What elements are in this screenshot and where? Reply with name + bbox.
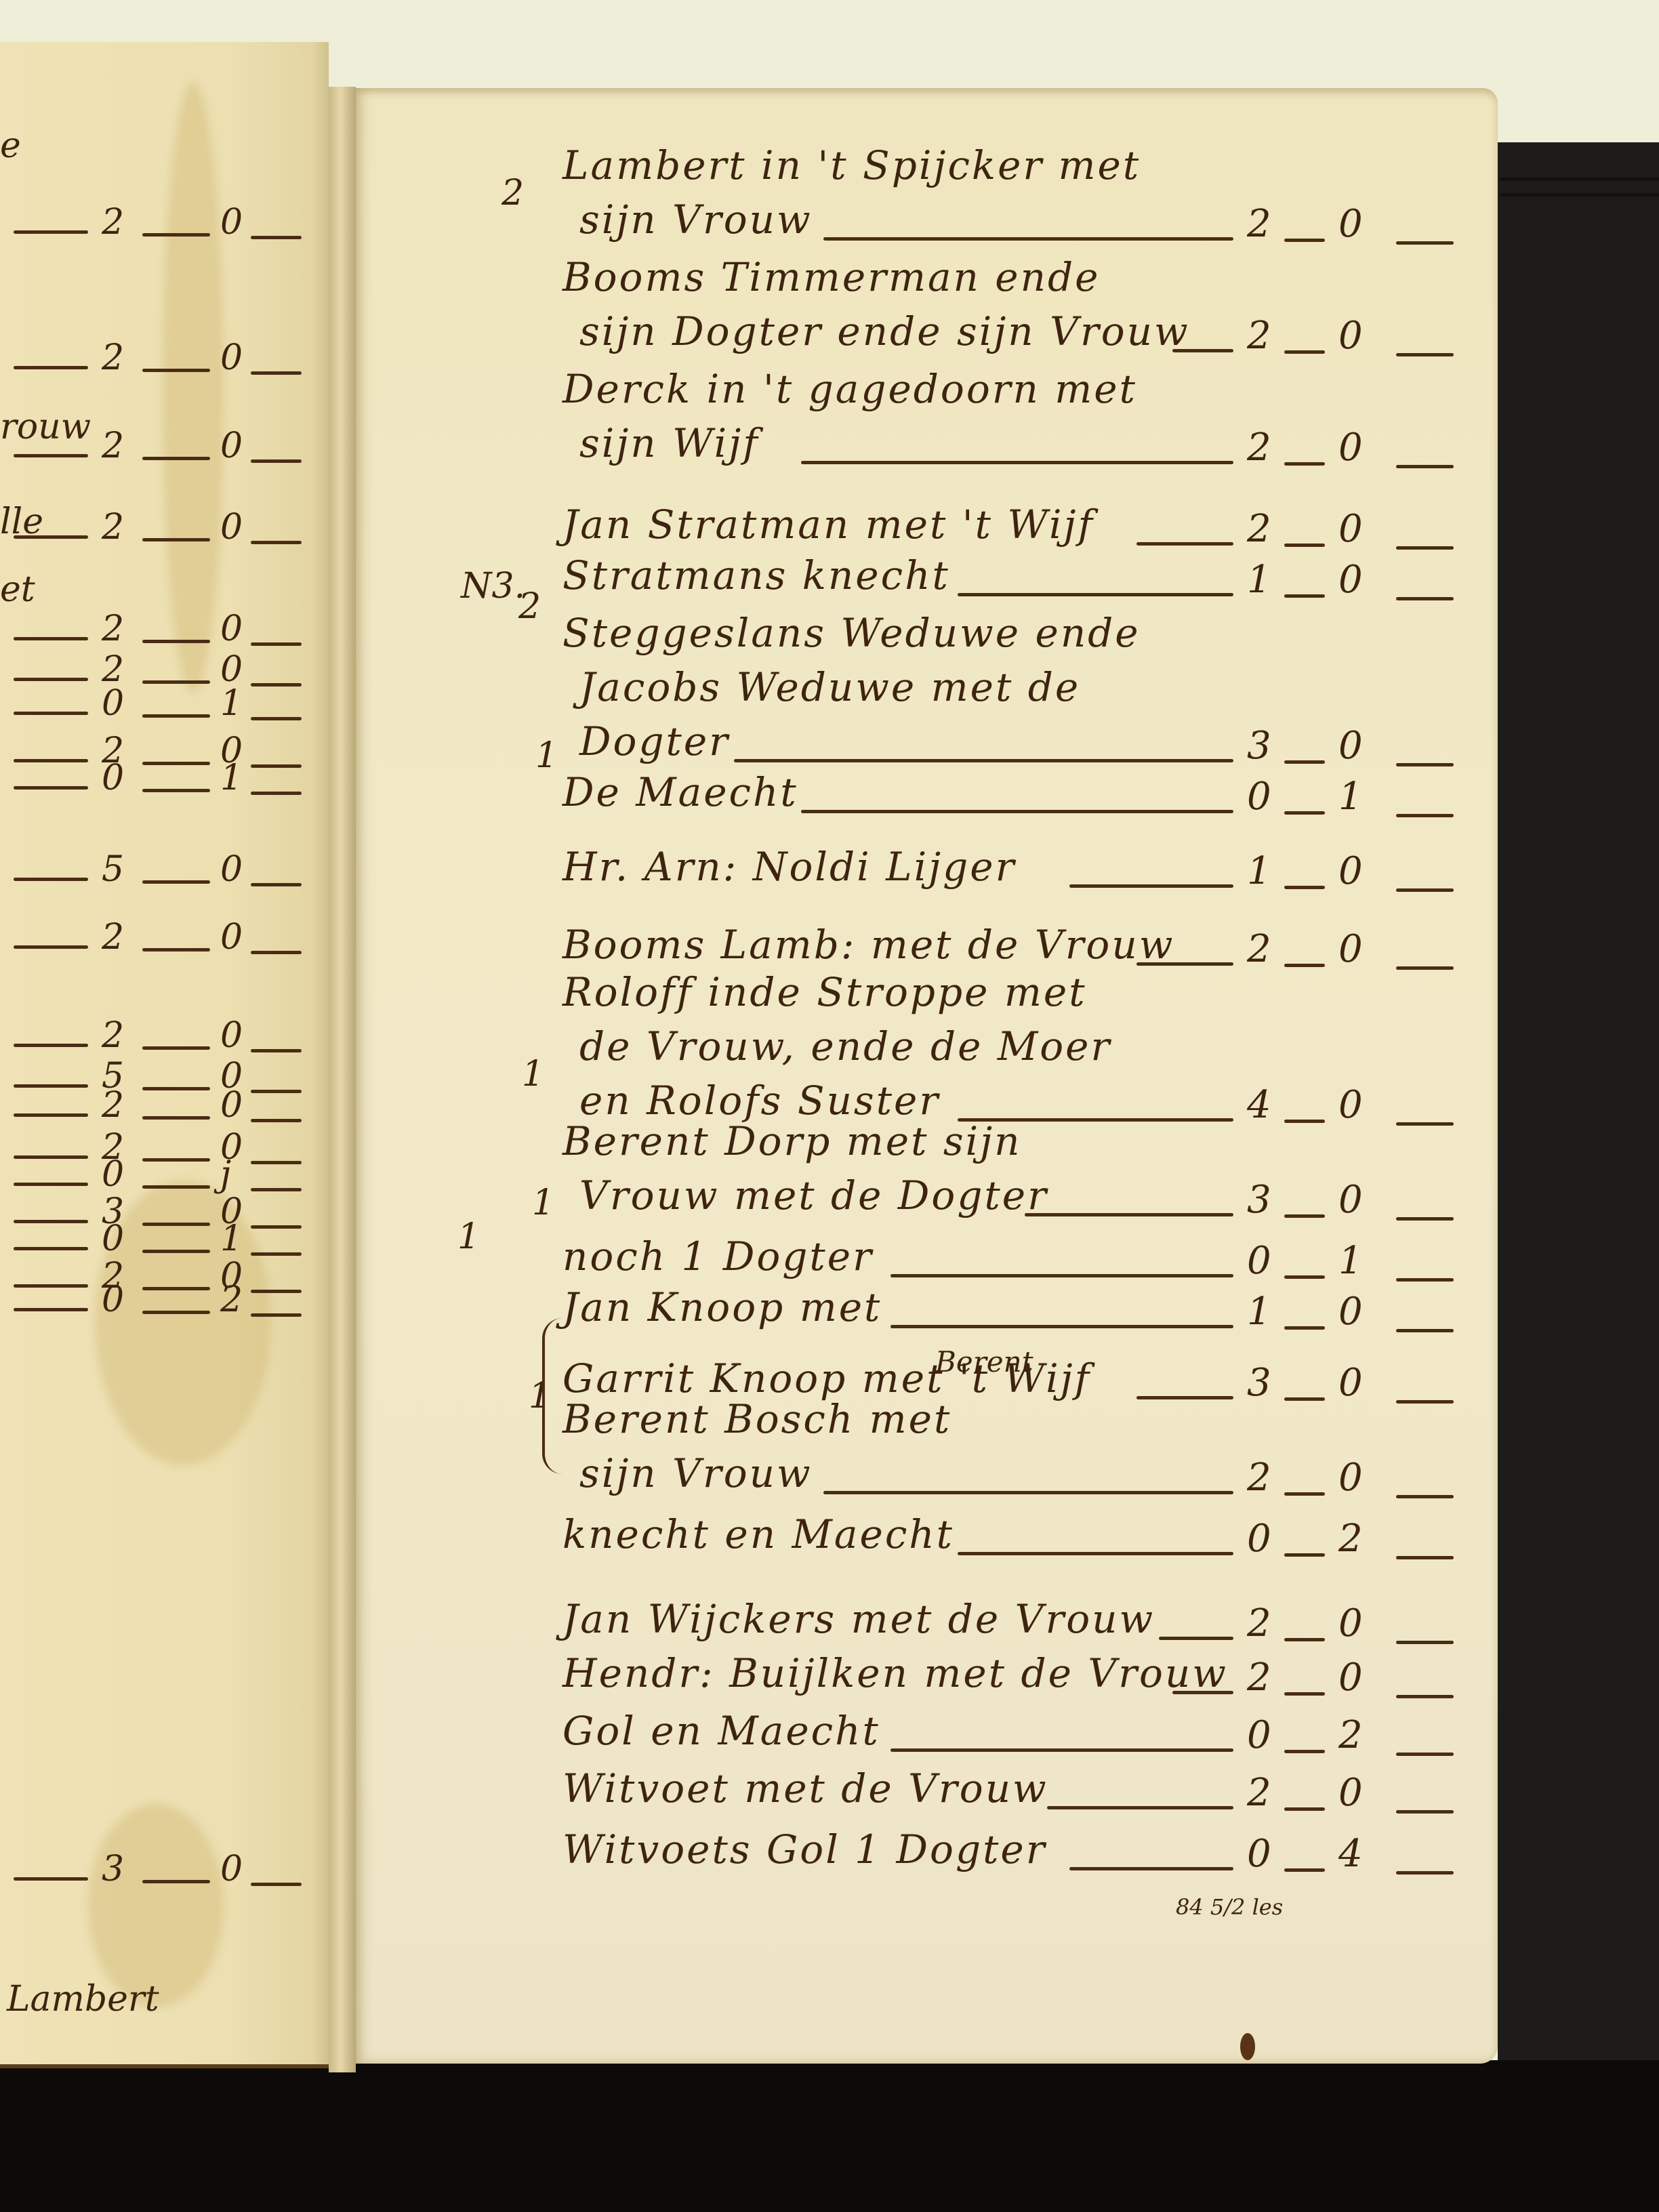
register-entry: De Maecht01 bbox=[0, 769, 1659, 823]
leader-line bbox=[1284, 886, 1325, 889]
leader-line bbox=[1396, 1641, 1454, 1644]
leader-line bbox=[1284, 1868, 1325, 1872]
leader-line bbox=[1047, 1806, 1233, 1809]
register-entry: Roloff inde Stroppe metde Vrouw, ende de… bbox=[0, 969, 1659, 1023]
register-entry: Jan Wijckers met de Vrouw20 bbox=[0, 1596, 1659, 1650]
leader-line bbox=[1069, 1867, 1233, 1870]
count-a: 2 bbox=[1247, 1656, 1271, 1700]
leader-line bbox=[1136, 542, 1233, 546]
register-entry: Stratmans knecht10 bbox=[0, 552, 1659, 607]
leader-line bbox=[1396, 241, 1454, 245]
entry-name-line: knecht en Maecht bbox=[562, 1511, 954, 1557]
count-b: 0 bbox=[1338, 314, 1363, 358]
leader-line bbox=[1396, 1871, 1454, 1875]
leader-line bbox=[1284, 811, 1325, 815]
entry-name-line: Derck in 't gagedoorn met bbox=[562, 366, 1137, 412]
leader-line bbox=[1396, 353, 1454, 356]
register-entry: Booms Lamb: met de Vrouw20 bbox=[0, 922, 1659, 976]
leader-line bbox=[1284, 350, 1325, 354]
count-b: 0 bbox=[1338, 1178, 1363, 1222]
count-b: 1 bbox=[1338, 775, 1363, 819]
entry-name-line: Berent Bosch met bbox=[562, 1396, 951, 1442]
entry-name-line: Jan Stratman met 't Wijf bbox=[562, 501, 1094, 548]
count-a: 2 bbox=[1247, 1601, 1271, 1645]
register-entries: 2N3.211111Lambert in 't Spijcker metsijn… bbox=[0, 0, 1659, 2212]
count-a: 0 bbox=[1247, 1239, 1271, 1283]
entry-name-line: sijn Vrouw bbox=[579, 1450, 813, 1496]
entry-name-line: Dogter bbox=[579, 718, 730, 764]
leader-line bbox=[823, 237, 1233, 241]
count-b: 0 bbox=[1338, 1290, 1363, 1334]
leader-line bbox=[1284, 1553, 1325, 1557]
page-total-note: 84 5/2 les bbox=[1176, 1894, 1283, 1920]
count-a: 0 bbox=[1247, 775, 1271, 819]
entry-name-line: Witvoets Gol 1 Dogter bbox=[562, 1826, 1046, 1872]
count-a: 3 bbox=[1247, 724, 1271, 768]
count-b: 2 bbox=[1338, 1517, 1363, 1561]
leader-line bbox=[1172, 349, 1233, 352]
register-entry: Hr. Arn: Noldi Lijger10 bbox=[0, 844, 1659, 898]
leader-line bbox=[1284, 964, 1325, 967]
count-a: 2 bbox=[1247, 314, 1271, 358]
entry-name-line: Booms Timmerman ende bbox=[562, 254, 1100, 300]
entry-name-line: Steggeslans Weduwe ende bbox=[562, 610, 1141, 656]
count-b: 0 bbox=[1338, 1601, 1363, 1645]
count-b: 0 bbox=[1338, 507, 1363, 551]
entry-name-line: Gol en Maecht bbox=[562, 1708, 880, 1754]
register-entry: Berent Dorp met sijnVrouw met de Dogter3… bbox=[0, 1118, 1659, 1172]
count-b: 0 bbox=[1338, 202, 1363, 246]
count-b: 0 bbox=[1338, 1656, 1363, 1700]
register-entry: knecht en Maecht02 bbox=[0, 1511, 1659, 1565]
count-a: 2 bbox=[1247, 426, 1271, 470]
register-entry: Jan Knoop met10 bbox=[0, 1284, 1659, 1338]
leader-line bbox=[1069, 884, 1233, 888]
leader-line bbox=[1159, 1637, 1233, 1640]
entry-name-line: sijn Vrouw bbox=[579, 197, 813, 243]
count-a: 0 bbox=[1247, 1713, 1271, 1757]
entry-name-line: en Rolofs Suster bbox=[579, 1078, 940, 1124]
count-a: 0 bbox=[1247, 1517, 1271, 1561]
register-entry: Booms Timmerman endesijn Dogter ende sij… bbox=[0, 254, 1659, 308]
leader-line bbox=[1396, 1695, 1454, 1698]
leader-line bbox=[1284, 1692, 1325, 1696]
leader-line bbox=[801, 810, 1233, 813]
leader-line bbox=[1025, 1213, 1233, 1216]
leader-line bbox=[1284, 462, 1325, 466]
register-entry: Jan Stratman met 't Wijf20 bbox=[0, 501, 1659, 556]
count-a: 1 bbox=[1247, 558, 1271, 602]
leader-line bbox=[958, 593, 1233, 596]
leader-line bbox=[1396, 1217, 1454, 1221]
leader-line bbox=[1284, 1275, 1325, 1279]
register-entry: Witvoets Gol 1 Dogter04 bbox=[0, 1826, 1659, 1881]
leader-line bbox=[1284, 1326, 1325, 1330]
leader-line bbox=[801, 461, 1233, 464]
leader-line bbox=[1396, 465, 1454, 468]
count-b: 0 bbox=[1338, 1771, 1363, 1815]
correction-text: Berent bbox=[935, 1345, 1033, 1378]
leader-line bbox=[1396, 1556, 1454, 1559]
leader-line bbox=[823, 1491, 1233, 1494]
entry-name-line: sijn Dogter ende sijn Vrouw bbox=[579, 308, 1190, 354]
count-a: 1 bbox=[1247, 1290, 1271, 1334]
entry-name-line: sijn Wijf bbox=[579, 420, 760, 466]
count-a: 2 bbox=[1247, 202, 1271, 246]
leader-line bbox=[958, 1552, 1233, 1555]
register-entry: Gol en Maecht02 bbox=[0, 1708, 1659, 1762]
leader-line bbox=[1396, 597, 1454, 600]
leader-line bbox=[1284, 1638, 1325, 1641]
leader-line bbox=[1396, 1278, 1454, 1282]
count-b: 4 bbox=[1338, 1832, 1363, 1876]
count-b: 0 bbox=[1338, 724, 1363, 768]
leader-line bbox=[1396, 1495, 1454, 1498]
grouping-bracket bbox=[542, 1318, 562, 1474]
leader-line bbox=[890, 1748, 1233, 1752]
entry-name-line: Hr. Arn: Noldi Lijger bbox=[562, 844, 1016, 890]
register-entry: Hendr: Buijlken met de Vrouw20 bbox=[0, 1650, 1659, 1704]
leader-line bbox=[1396, 1810, 1454, 1814]
ink-blot bbox=[1240, 2033, 1255, 2060]
leader-line bbox=[1396, 763, 1454, 766]
leader-line bbox=[890, 1274, 1233, 1277]
leader-line bbox=[1284, 594, 1325, 598]
leader-line bbox=[890, 1325, 1233, 1328]
count-a: 2 bbox=[1247, 927, 1271, 971]
entry-name-line: Booms Lamb: met de Vrouw bbox=[562, 922, 1174, 968]
leader-line bbox=[1284, 1750, 1325, 1753]
count-b: 0 bbox=[1338, 1456, 1363, 1500]
margin-mark: 1 bbox=[522, 1054, 544, 1094]
entry-name-line: Stratmans knecht bbox=[562, 552, 950, 598]
leader-line bbox=[1396, 1753, 1454, 1756]
count-b: 0 bbox=[1338, 558, 1363, 602]
leader-line bbox=[1396, 546, 1454, 550]
leader-line bbox=[1396, 1329, 1454, 1332]
leader-line bbox=[1136, 962, 1233, 966]
count-a: 3 bbox=[1247, 1178, 1271, 1222]
entry-name-line: Jacobs Weduwe met de bbox=[579, 664, 1080, 710]
entry-name-line: Vrouw met de Dogter bbox=[579, 1172, 1048, 1218]
entry-name-line: noch 1 Dogter bbox=[562, 1233, 874, 1279]
register-entry: Derck in 't gagedoorn metsijn Wijf20 bbox=[0, 366, 1659, 420]
register-entry: Witvoet met de Vrouw20 bbox=[0, 1765, 1659, 1820]
entry-name-line: Roloff inde Stroppe met bbox=[562, 969, 1087, 1015]
count-b: 2 bbox=[1338, 1713, 1363, 1757]
count-a: 1 bbox=[1247, 849, 1271, 893]
leader-line bbox=[1284, 544, 1325, 547]
margin-mark: 1 bbox=[532, 1183, 554, 1223]
count-a: 2 bbox=[1247, 1771, 1271, 1815]
register-entry: Lambert in 't Spijcker metsijn Vrouw20 bbox=[0, 142, 1659, 197]
entry-name-line: De Maecht bbox=[562, 769, 798, 815]
leader-line bbox=[1284, 239, 1325, 242]
leader-line bbox=[1284, 1807, 1325, 1811]
leader-line bbox=[1284, 760, 1325, 764]
leader-line bbox=[1284, 1492, 1325, 1496]
entry-name-line: Hendr: Buijlken met de Vrouw bbox=[562, 1650, 1228, 1696]
entry-name-line: Witvoet met de Vrouw bbox=[562, 1765, 1048, 1811]
count-b: 1 bbox=[1338, 1239, 1363, 1283]
count-a: 0 bbox=[1247, 1832, 1271, 1876]
count-a: 2 bbox=[1247, 1456, 1271, 1500]
leader-line bbox=[1284, 1214, 1325, 1218]
leader-line bbox=[734, 759, 1233, 762]
count-a: 2 bbox=[1247, 507, 1271, 551]
entry-name-line: Berent Dorp met sijn bbox=[562, 1118, 1022, 1164]
entry-name-line: Jan Knoop met bbox=[562, 1284, 882, 1330]
count-b: 0 bbox=[1338, 849, 1363, 893]
entry-name-line: Lambert in 't Spijcker met bbox=[562, 142, 1141, 188]
leader-line bbox=[1172, 1691, 1233, 1694]
register-entry: Berent Bosch metsijn Vrouw20 bbox=[0, 1396, 1659, 1450]
entry-name-line: de Vrouw, ende de Moer bbox=[579, 1023, 1111, 1069]
register-entry: Steggeslans Weduwe endeJacobs Weduwe met… bbox=[0, 610, 1659, 664]
count-b: 0 bbox=[1338, 426, 1363, 470]
count-b: 0 bbox=[1338, 927, 1363, 971]
register-entry: noch 1 Dogter01 bbox=[0, 1233, 1659, 1288]
leader-line bbox=[1396, 888, 1454, 892]
leader-line bbox=[1396, 814, 1454, 817]
entry-name-line: Jan Wijckers met de Vrouw bbox=[562, 1596, 1155, 1642]
